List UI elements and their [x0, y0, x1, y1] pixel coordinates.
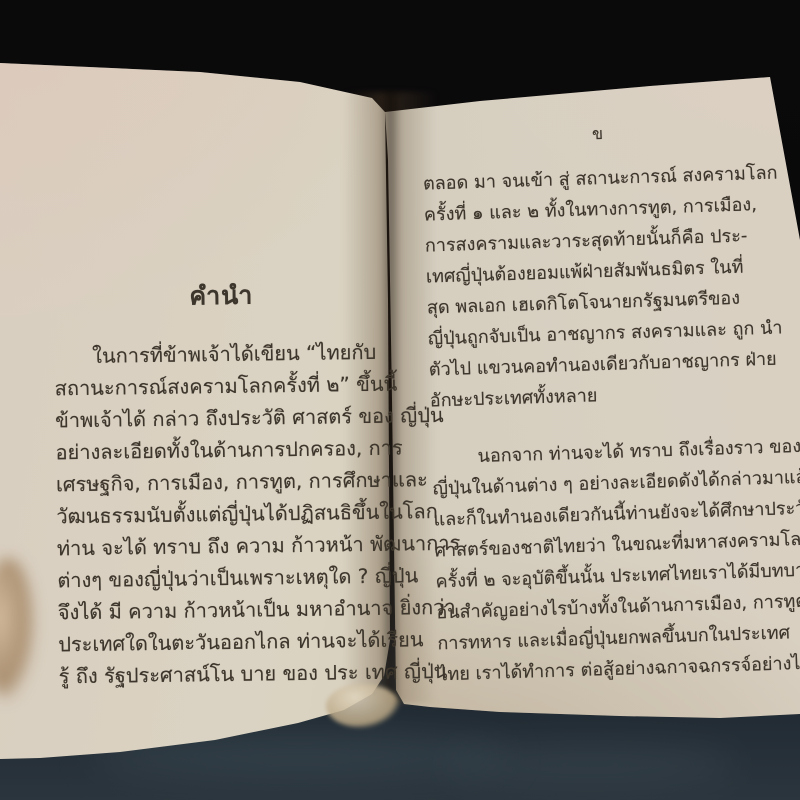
text-line: ข้าพเจ้าได้ กล่าว ถึงประวัติ ศาสตร์ ของ … — [55, 400, 391, 437]
left-page-text: คำนำ ในการที่ข้าพเจ้าได้เขียน “ไทยกับ สถ… — [53, 274, 395, 693]
text-line: ในการที่ข้าพเจ้าได้เขียน “ไทยกับ — [54, 336, 390, 373]
text-line: วัฒนธรรมนับตั้งแต่ญี่ปุ่นได้ปฏิสนธิขึ้นใ… — [56, 496, 392, 533]
text-line: รู้ ถึง รัฐประศาสน์โน บาย ของ ประ เทศ ญี… — [58, 656, 394, 693]
preface-heading: คำนำ — [53, 274, 390, 341]
text-line: เศรษฐกิจ, การเมือง, การทูต, การศึกษาและ — [56, 464, 392, 501]
text-line: อย่างละเอียดทั้งในด้านการปกครอง, การ — [55, 432, 391, 469]
text-line: จึงได้ มี ความ ก้าวหน้าเป็น มหาอำนาจ ยิ่… — [58, 592, 394, 629]
text-line: สถานะการณ์สงครามโลกครั้งที่ ๒” ขึ้นนี้ — [54, 368, 390, 405]
table-surface-streak — [440, 748, 740, 782]
text-line: ท่าน จะได้ ทราบ ถึง ความ ก้าวหน้า พัฒนาก… — [57, 528, 393, 565]
text-line: ประเทศใดในตะวันออกไกล ท่านจะได้เรียน — [58, 624, 394, 661]
page-curl — [326, 684, 400, 728]
text-line: ต่างๆ ของญี่ปุ่นว่าเป็นเพราะเหตุใด ? ญี่… — [57, 560, 393, 597]
photo-background: คำนำ ในการที่ข้าพเจ้าได้เขียน “ไทยกับ สถ… — [0, 0, 800, 800]
right-page-text: ข ตลอด มา จนเข้า สู่ สถานะการณ์ สงครามโล… — [421, 117, 791, 691]
